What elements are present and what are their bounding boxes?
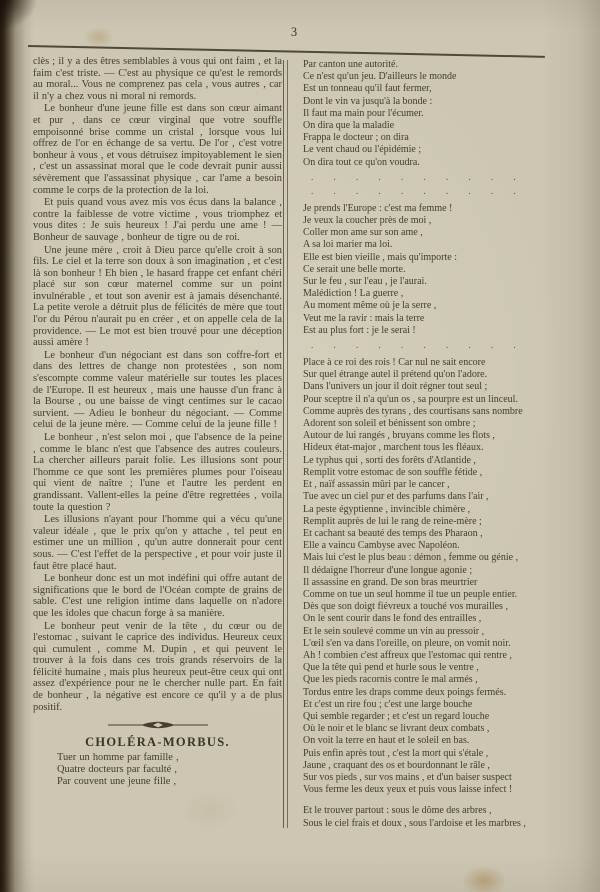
article-heading: CHOLÉRA-MORBUS. bbox=[33, 737, 282, 749]
paper-stain bbox=[462, 866, 506, 892]
verse-line: Il assassine en grand. De son bras meurt… bbox=[303, 577, 593, 589]
verse-line: A sa loi marier ma loi. bbox=[303, 239, 593, 251]
verse-line: Que les pieds racornis contre le mal arm… bbox=[303, 674, 593, 686]
verse-line: Puis enfin après tout , c'est la mort qu… bbox=[303, 748, 593, 760]
verse-line: Et , naïf assassin mûri par le cancer , bbox=[303, 479, 593, 491]
ellipsis-row: . . . . . . . . . . bbox=[311, 186, 593, 197]
verse-line: Ah ! combien c'est affreux que l'estomac… bbox=[303, 650, 593, 662]
verse-line: Pour sceptre il n'a qu'un os , sa pourpr… bbox=[303, 394, 593, 406]
paragraph: Et puis quand vous avez mis vos écus dan… bbox=[33, 197, 282, 243]
verse-line: Je veux la coucher près de moi , bbox=[303, 215, 593, 227]
verse-line: L'œil s'en va dans l'oreille, on pleure,… bbox=[303, 638, 593, 650]
verse-line: Et cachant sa beauté des temps des Phara… bbox=[303, 528, 593, 540]
verse-line: Adorent son soleil et bénissent son ombr… bbox=[303, 418, 593, 430]
verse-line: Sur le feu , sur l'eau , je l'aurai. bbox=[303, 276, 593, 288]
verse-line: Sous le ciel frais et doux , sous l'ardo… bbox=[303, 818, 593, 830]
song-stanza-2: Je prends l'Europe : c'est ma femme !Je … bbox=[303, 203, 593, 337]
paragraph: Les illusions n'ayant pour l'homme qui a… bbox=[33, 514, 282, 572]
prose-block: clès ; il y a des êtres semblables à vou… bbox=[33, 56, 282, 713]
verse-line: Comme on tue un seul homme il tue un peu… bbox=[303, 589, 593, 601]
verse-line: Qui semble regarder ; et c'est un regard… bbox=[303, 711, 593, 723]
ellipsis-row: . . . . . . . . . . bbox=[311, 340, 593, 351]
verse-line: Sur vos pieds , sur vos mains , et d'un … bbox=[303, 772, 593, 784]
verse-line: Tuer un homme par famille , bbox=[57, 752, 282, 764]
right-column: Par canton une autorité.Ce n'est qu'un j… bbox=[303, 59, 593, 830]
verse-line: Dès que son doigt fiévreux a touché vos … bbox=[303, 601, 593, 613]
verse-line: Remplit auprès de lui le rang de reine-m… bbox=[303, 516, 593, 528]
left-column: clès ; il y a des êtres semblables à vou… bbox=[33, 56, 282, 787]
verse-line: Malédiction ! La guerre , bbox=[303, 288, 593, 300]
verse-line: Il dédaigne l'horreur d'une longue agoni… bbox=[303, 565, 593, 577]
verse-line: Le vent chaud ou l'épidémie ; bbox=[303, 144, 593, 156]
scanned-newspaper-page: 3 clès ; il y a des êtres semblables à v… bbox=[0, 0, 600, 892]
verse-line: Quatre docteurs par faculté , bbox=[57, 764, 282, 776]
verse-line: On voit la terre en haut et le soleil en… bbox=[303, 735, 593, 747]
verse-line: Dans l'univers un jour il doit régner to… bbox=[303, 381, 593, 393]
verse-line: Mais lui c'est le plus beau : démon , fe… bbox=[303, 552, 593, 564]
verse-line: Par couvent une jeune fille , bbox=[57, 776, 282, 788]
paragraph: Le bonheur peut venir de la tête , du cœ… bbox=[33, 621, 282, 714]
paper-stain bbox=[180, 790, 240, 830]
verse-line: La peste égyptienne , invincible chimère… bbox=[303, 504, 593, 516]
verse-line: Par canton une autorité. bbox=[303, 59, 593, 71]
verse-line: Ce n'est qu'un jeu. D'ailleurs le monde bbox=[303, 71, 593, 83]
ellipsis-row: . . . . . . . . . . bbox=[311, 172, 593, 183]
verse-line: Au moment même où je la serre , bbox=[303, 300, 593, 312]
closing-stanza: Et le trouver partout : sous le dôme des… bbox=[303, 805, 593, 829]
verse-line: Elle a vaincu Cambyse avec Napoléon. bbox=[303, 540, 593, 552]
verse-line: Ce serait une belle morte. bbox=[303, 264, 593, 276]
paragraph: clès ; il y a des êtres semblables à vou… bbox=[33, 56, 282, 102]
verse-line: Tordus entre les draps comme deux poings… bbox=[303, 687, 593, 699]
verse-line: Et le trouver partout : sous le dôme des… bbox=[303, 805, 593, 817]
verse-line: Où le noir et le blanc se livrant deux c… bbox=[303, 723, 593, 735]
verse-line: On le sent courir dans le fond des entra… bbox=[303, 613, 593, 625]
column-divider-rule bbox=[283, 60, 288, 828]
verse-line: Jaune , craquant des os et bourdonnant l… bbox=[303, 760, 593, 772]
verse-line: Sur quel étrange autel il prétend qu'on … bbox=[303, 369, 593, 381]
verse-line: Comme auprès des tyrans , des courtisans… bbox=[303, 406, 593, 418]
verse-line: Remplit votre estomac de son souffle fét… bbox=[303, 467, 593, 479]
verse-line: On dira que la maladie bbox=[303, 120, 593, 132]
verse-line: Place à ce roi des rois ! Car nul ne sai… bbox=[303, 357, 593, 369]
verse-line: On dira tout ce qu'on voudra. bbox=[303, 157, 593, 169]
verse-line: Est au plus fort : je le serai ! bbox=[303, 325, 593, 337]
verse-line: Veut me la ravir : mais la terre bbox=[303, 313, 593, 325]
verse-line: Est un tonneau qu'il faut fermer, bbox=[303, 83, 593, 95]
paragraph: Le bonheur d'une jeune fille est dans so… bbox=[33, 103, 282, 196]
paragraph: Le bonheur , n'est selon moi , que l'abs… bbox=[33, 432, 282, 513]
verse-line: Et le sein soulevé comme un vin au press… bbox=[303, 626, 593, 638]
fleuron-icon bbox=[108, 720, 208, 730]
verse-line: Que la tête qui pend et hurle sous le ve… bbox=[303, 662, 593, 674]
verse-line: Dont le vin va jusqu'à la bonde : bbox=[303, 96, 593, 108]
verse-line: Je prends l'Europe : c'est ma femme ! bbox=[303, 203, 593, 215]
verse-line: Hideux état-major , marchent tous les fl… bbox=[303, 442, 593, 454]
verse-line: Le typhus qui , sorti des forêts d'Atlan… bbox=[303, 455, 593, 467]
fleuron-divider bbox=[108, 720, 208, 734]
paragraph: Le bonheur d'un négociant est dans son c… bbox=[33, 350, 282, 431]
verse-line: Tue avec un ciel pur et des parfums dans… bbox=[303, 491, 593, 503]
paragraph: Une jeune mère , croit à Dieu parce qu'e… bbox=[33, 245, 282, 349]
paper-stain bbox=[84, 26, 114, 48]
verse-line: Coller mon ame sur son ame , bbox=[303, 227, 593, 239]
verse-line: Frappa le docteur ; on dira bbox=[303, 132, 593, 144]
corner-blot bbox=[0, 0, 38, 30]
verse-block: Tuer un homme par famille ,Quatre docteu… bbox=[33, 752, 282, 787]
paragraph: Le bonheur donc est un mot indéfini qui … bbox=[33, 573, 282, 619]
verse-line: Vous ferme les deux yeux et puis vous la… bbox=[303, 784, 593, 796]
page-number: 3 bbox=[282, 25, 306, 40]
binding-shadow bbox=[0, 0, 34, 892]
verse-line: Autour de lui rangés , bruyans comme les… bbox=[303, 430, 593, 442]
verse-line: Elle est bien vieille , mais qu'importe … bbox=[303, 252, 593, 264]
song-stanza-1: Par canton une autorité.Ce n'est qu'un j… bbox=[303, 59, 593, 169]
verse-line: Et c'est un rire fou ; c'est une large b… bbox=[303, 699, 593, 711]
verse-line: Il faut ma main pour l'écumer. bbox=[303, 108, 593, 120]
alexandrine-stanza: Place à ce roi des rois ! Car nul ne sai… bbox=[303, 357, 593, 796]
